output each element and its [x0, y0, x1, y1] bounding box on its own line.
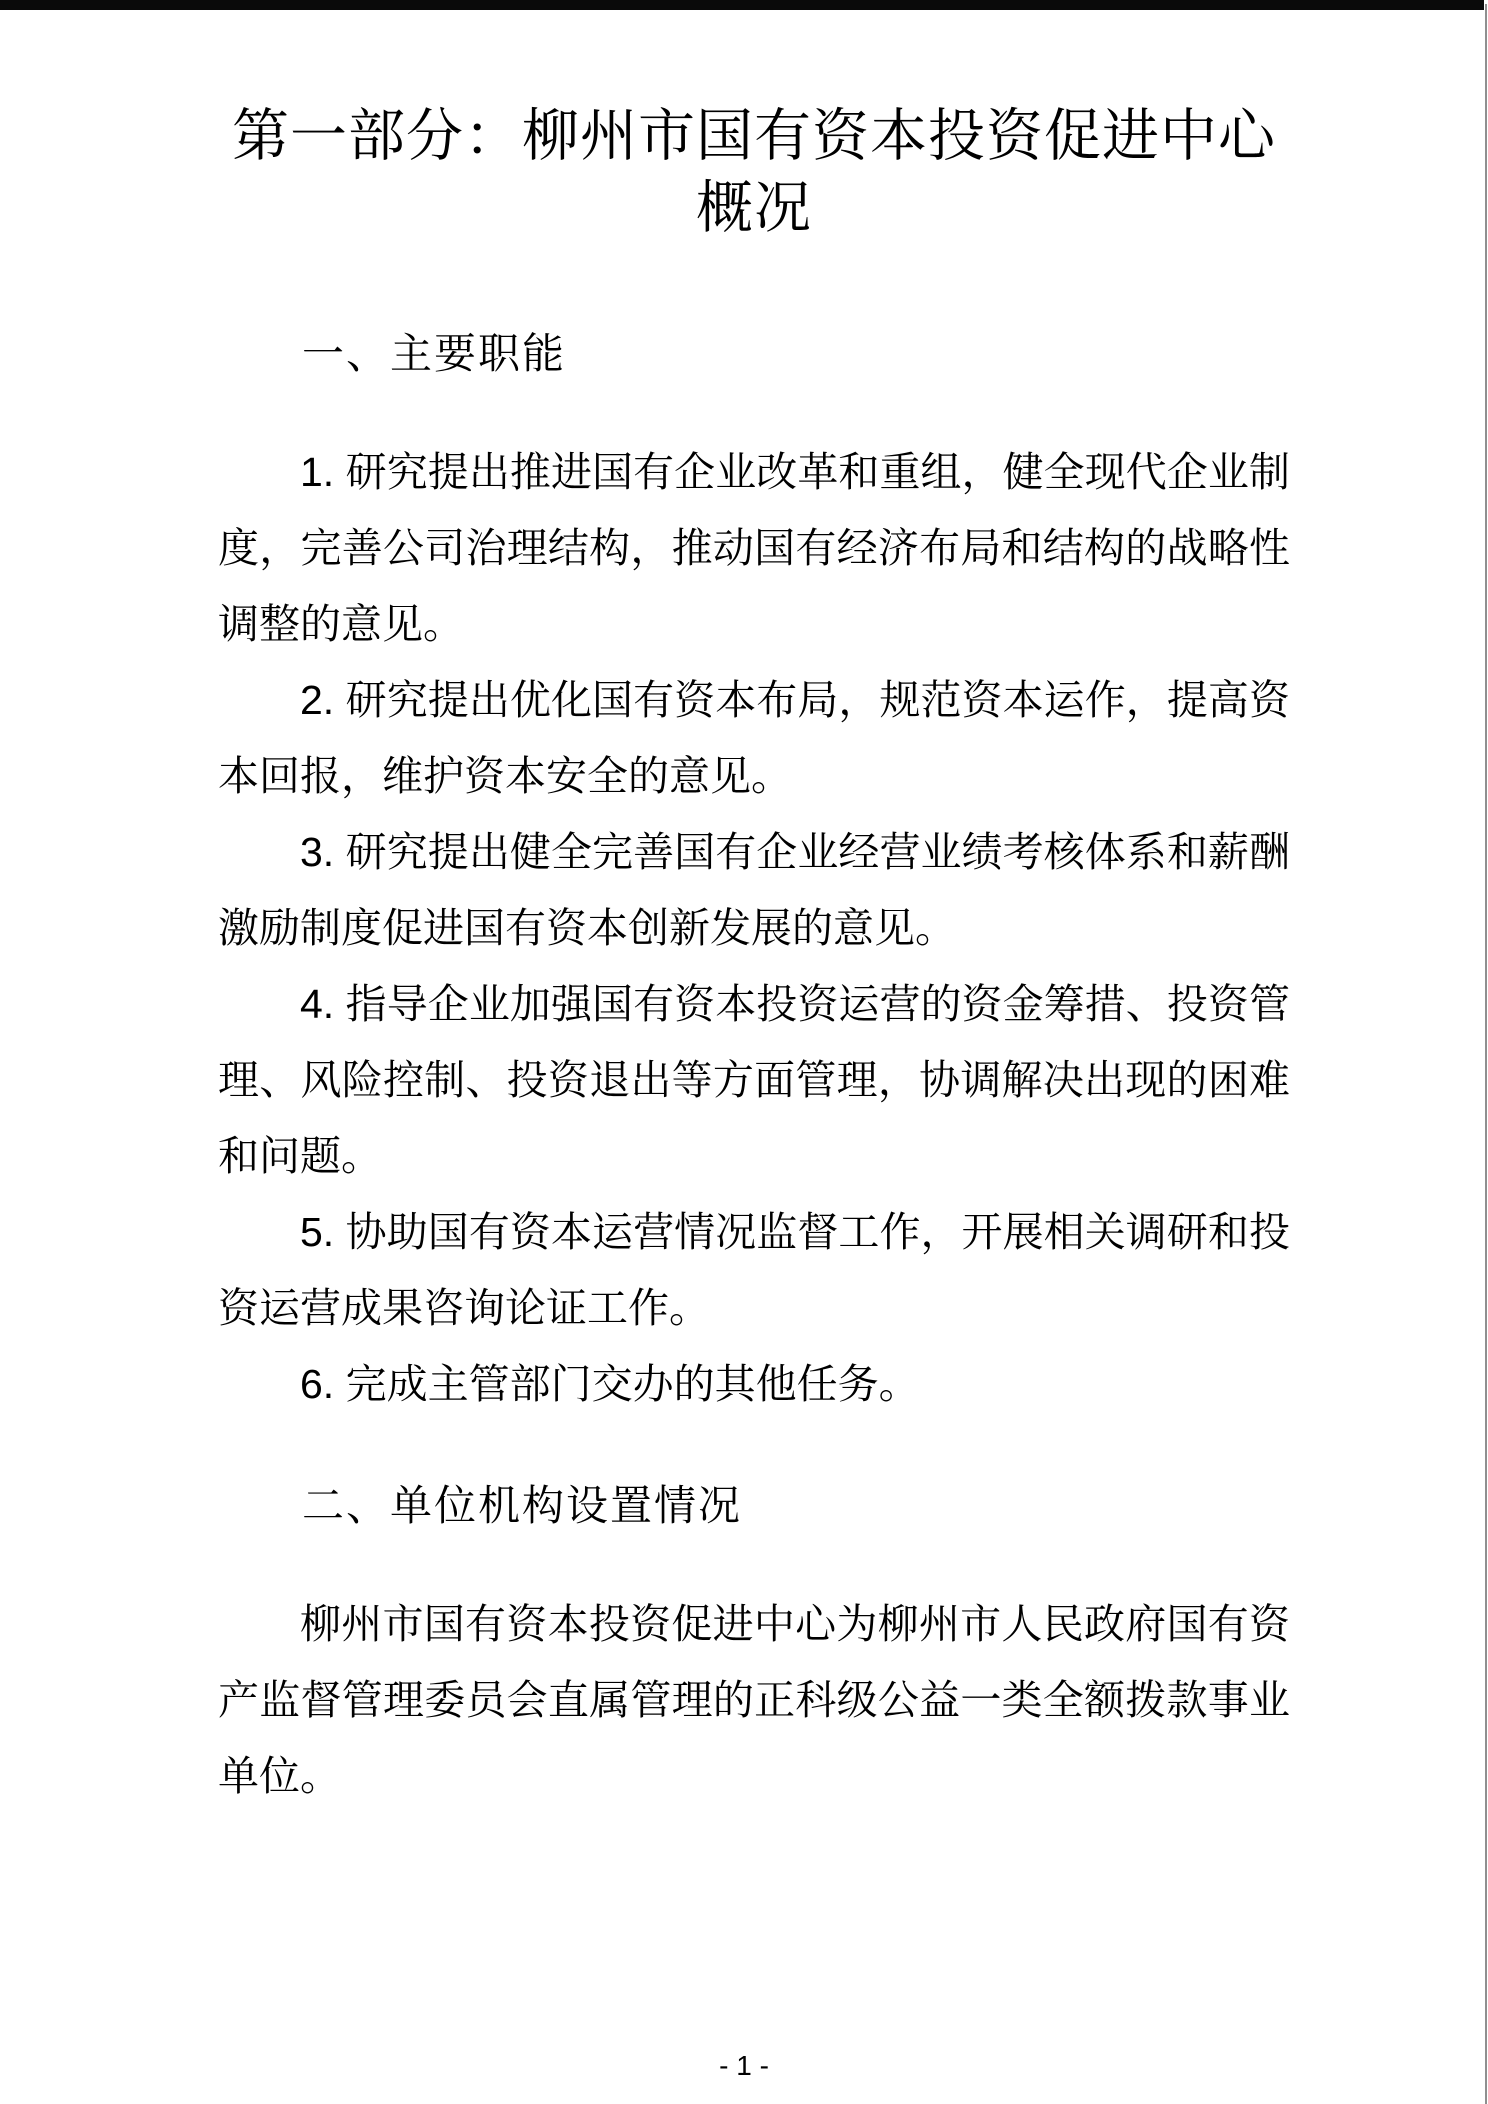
section-heading-organization-setup: 二、单位机构设置情况	[218, 1468, 1290, 1544]
document-title: 第一部分：柳州市国有资本投资促进中心概况	[218, 100, 1290, 244]
document-content: 第一部分：柳州市国有资本投资促进中心概况 一、主要职能 1. 研究提出推进国有企…	[218, 0, 1290, 1814]
page-right-edge-line	[1485, 4, 1487, 2104]
section-heading-main-functions: 一、主要职能	[218, 316, 1290, 392]
document-page: 第一部分：柳州市国有资本投资促进中心概况 一、主要职能 1. 研究提出推进国有企…	[0, 0, 1488, 2104]
paragraph-organization-description: 柳州市国有资本投资促进中心为柳州市人民政府国有资产监督管理委员会直属管理的正科级…	[218, 1586, 1290, 1814]
paragraph-function-5: 5. 协助国有资本运营情况监督工作，开展相关调研和投资运营成果咨询论证工作。	[218, 1194, 1290, 1346]
paragraph-function-2: 2. 研究提出优化国有资本布局，规范资本运作，提高资本回报，维护资本安全的意见。	[218, 662, 1290, 814]
paragraph-function-4: 4. 指导企业加强国有资本投资运营的资金筹措、投资管理、风险控制、投资退出等方面…	[218, 966, 1290, 1194]
paragraph-function-1: 1. 研究提出推进国有企业改革和重组，健全现代企业制度，完善公司治理结构，推动国…	[218, 434, 1290, 662]
page-number: - 1 -	[0, 2050, 1488, 2082]
paragraph-function-3: 3. 研究提出健全完善国有企业经营业绩考核体系和薪酬激励制度促进国有资本创新发展…	[218, 814, 1290, 966]
paragraph-function-6: 6. 完成主管部门交办的其他任务。	[218, 1346, 1290, 1422]
